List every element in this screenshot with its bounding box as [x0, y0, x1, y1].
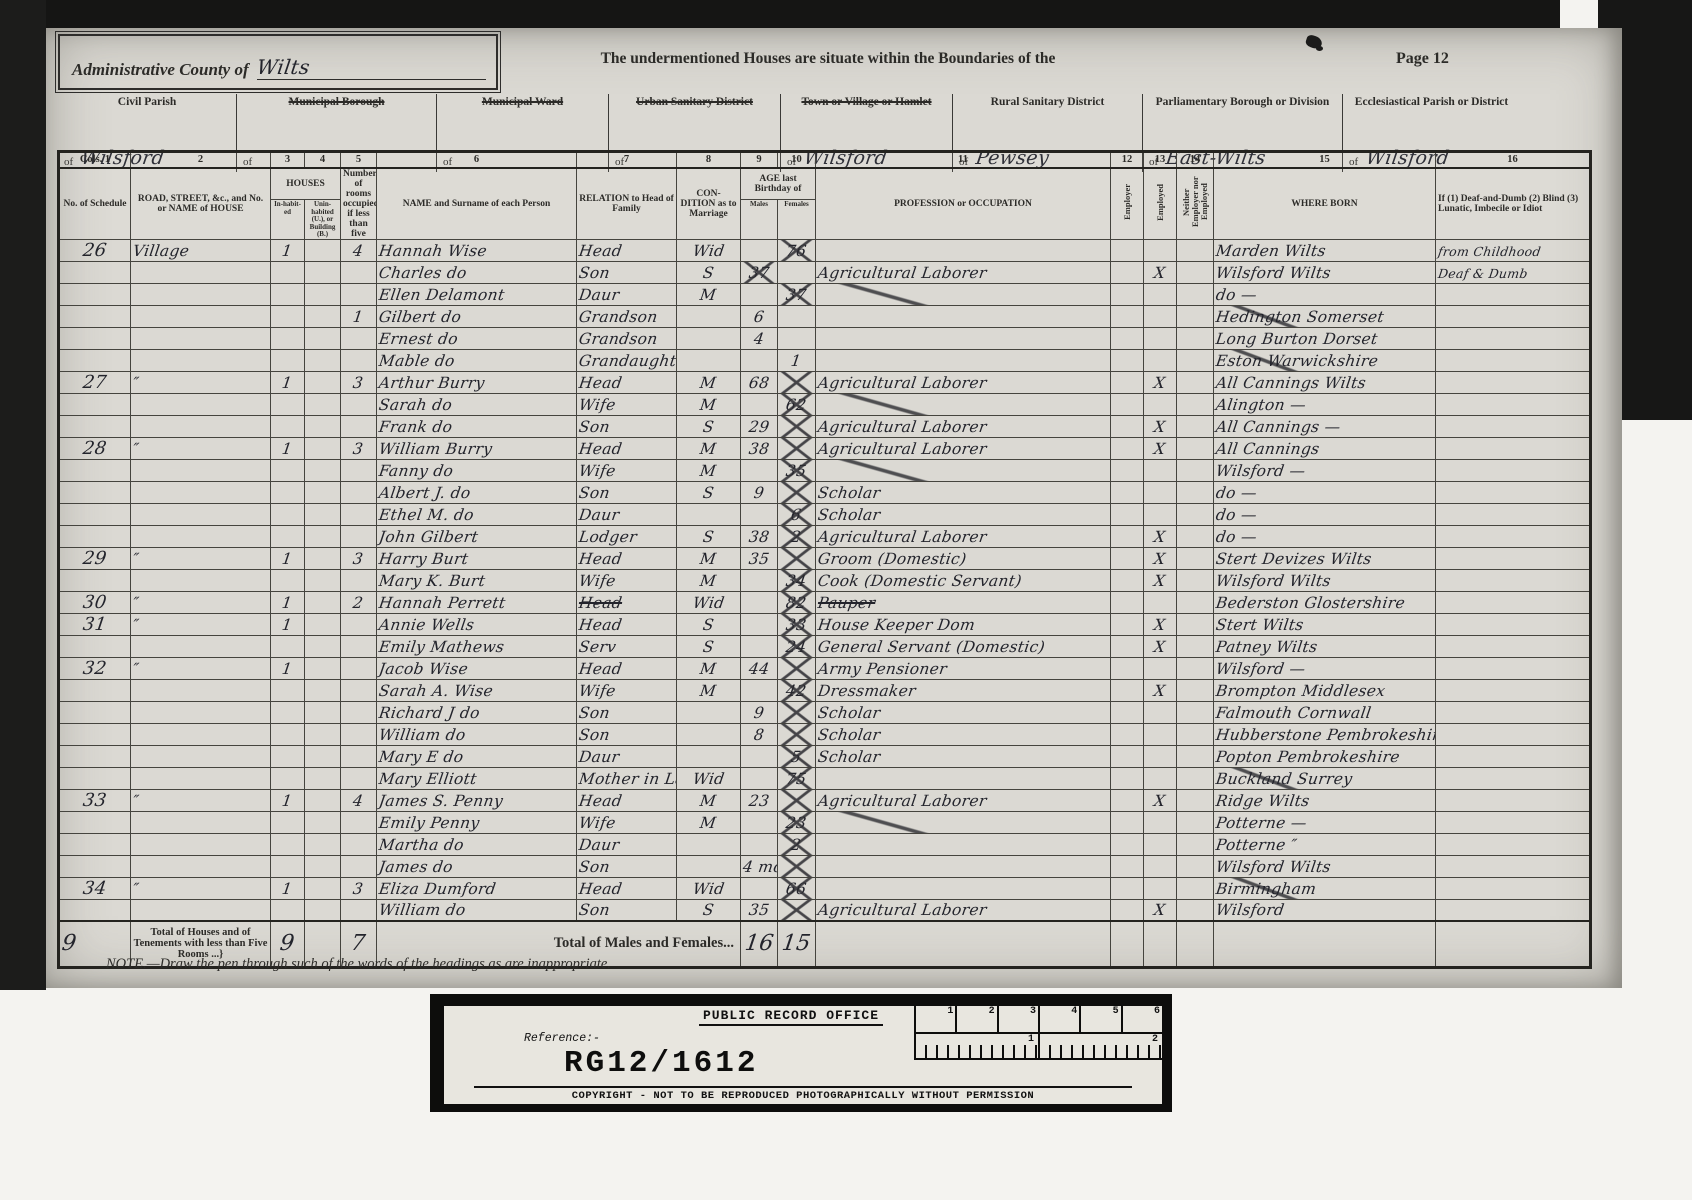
cell-rel: Son — [577, 899, 677, 921]
cell-occ: Groom (Domestic) — [816, 547, 1111, 569]
cell-nei — [1177, 723, 1214, 745]
cell-empd — [1144, 481, 1177, 503]
cell-born: Alington — — [1214, 393, 1436, 415]
cell-born: do — — [1214, 525, 1436, 547]
cell-road: ″ — [131, 437, 271, 459]
cell-rel: Mother in Law. — [577, 767, 677, 789]
cell-name: Gilbert do — [377, 305, 577, 327]
cell-nei — [1177, 547, 1214, 569]
cell-empd: X — [1144, 899, 1177, 921]
table-row: Mary K. BurtWifeM34Cook (Domestic Servan… — [59, 569, 1591, 591]
cell-empd: X — [1144, 371, 1177, 393]
cell-occ — [816, 239, 1111, 261]
cell-cond — [677, 745, 741, 767]
cell-inf — [1436, 437, 1591, 459]
column-number: 14 — [1177, 152, 1214, 168]
cell-name: Frank do — [377, 415, 577, 437]
district-label: Parliamentary Borough or Division — [1149, 96, 1336, 109]
cell-road — [131, 327, 271, 349]
cell-rooms — [341, 833, 377, 855]
cell-s — [59, 525, 131, 547]
cell-af — [778, 415, 816, 437]
cell-rooms: 2 — [341, 591, 377, 613]
cell-af — [778, 547, 816, 569]
cell-occ: Scholar — [816, 503, 1111, 525]
cell-road — [131, 899, 271, 921]
cell-cond: M — [677, 393, 741, 415]
cell-name: Emily Mathews — [377, 635, 577, 657]
cell-nei — [1177, 613, 1214, 635]
cell-occ — [816, 305, 1111, 327]
col-females: Females — [778, 200, 816, 240]
cell-inh — [271, 569, 305, 591]
cell-cond: S — [677, 481, 741, 503]
cell-occ: House Keeper Dom — [816, 613, 1111, 635]
footer-note: NOTE.—Draw the pen through such of the w… — [106, 956, 611, 973]
cell-inh — [271, 811, 305, 833]
cell-rooms — [341, 327, 377, 349]
cell-name: Richard J do — [377, 701, 577, 723]
cell-nei — [1177, 701, 1214, 723]
district-label: Urban Sanitary District — [615, 96, 774, 109]
cell-name: Ethel M. do — [377, 503, 577, 525]
cell-occ — [816, 327, 1111, 349]
table-row: Richard J doSon9ScholarFalmouth Cornwall — [59, 701, 1591, 723]
cell-af — [778, 789, 816, 811]
cell-occ: Pauper — [816, 591, 1111, 613]
ink-blot — [1316, 46, 1323, 51]
cell-cond — [677, 833, 741, 855]
cell-rel: Wife — [577, 459, 677, 481]
cell-inh — [271, 415, 305, 437]
cell-uninh — [305, 305, 341, 327]
cell-road — [131, 283, 271, 305]
cell-cond: S — [677, 525, 741, 547]
cell-emp — [1111, 459, 1144, 481]
cell-af: 33 — [778, 613, 816, 635]
cell-name: Ernest do — [377, 327, 577, 349]
cell-born: Popton Pembrokeshire — [1214, 745, 1436, 767]
cell-s: 28 — [59, 437, 131, 459]
cell-emp — [1111, 833, 1144, 855]
cell-nei — [1177, 261, 1214, 283]
col-neither: Neither Employer nor Employed — [1177, 168, 1214, 240]
cell-cond: M — [677, 811, 741, 833]
cell-nei — [1177, 679, 1214, 701]
cell-inh — [271, 833, 305, 855]
cell-nei — [1177, 459, 1214, 481]
cell-uninh — [305, 613, 341, 635]
cell-rel: Head — [577, 547, 677, 569]
cell-uninh — [305, 525, 341, 547]
cell-uninh — [305, 855, 341, 877]
cell-am: 35 — [741, 547, 778, 569]
cell-name: Harry Burt — [377, 547, 577, 569]
cell-inh — [271, 723, 305, 745]
cell-rel: Grandson — [577, 305, 677, 327]
district-label: Ecclesiastical Parish or District — [1349, 96, 1514, 109]
cell-am: 44 — [741, 657, 778, 679]
cell-empd: X — [1144, 261, 1177, 283]
table-row: Charles doSonS37Agricultural LaborerXWil… — [59, 261, 1591, 283]
cell-emp — [1111, 239, 1144, 261]
cell-rooms — [341, 503, 377, 525]
cell-nei — [1177, 833, 1214, 855]
cell-inh: 1 — [271, 437, 305, 459]
cell-inf — [1436, 525, 1591, 547]
cell-am: 9 — [741, 481, 778, 503]
cell-occ: Scholar — [816, 745, 1111, 767]
cell-cond: M — [677, 459, 741, 481]
cell-cond: Wid — [677, 767, 741, 789]
district-label: Municipal Ward — [443, 96, 602, 109]
cell-nei — [1177, 635, 1214, 657]
cell-emp — [1111, 547, 1144, 569]
cell-nei — [1177, 899, 1214, 921]
cell-empd — [1144, 305, 1177, 327]
cell-inh — [271, 679, 305, 701]
cell-road — [131, 833, 271, 855]
cell-empd — [1144, 855, 1177, 877]
cell-name: Mary Elliott — [377, 767, 577, 789]
cell-rooms — [341, 657, 377, 679]
cell-s — [59, 679, 131, 701]
cell-empd — [1144, 657, 1177, 679]
cell-inh: 1 — [271, 591, 305, 613]
cell-uninh — [305, 283, 341, 305]
ruler-mark: 5 — [1079, 1006, 1120, 1032]
column-number: 3 — [271, 152, 305, 168]
cell-road — [131, 767, 271, 789]
cell-af: 82 — [778, 591, 816, 613]
cell-am — [741, 635, 778, 657]
cell-road: ″ — [131, 613, 271, 635]
cell-inf — [1436, 327, 1591, 349]
cell-uninh — [305, 569, 341, 591]
cell-inh — [271, 393, 305, 415]
situate-text: The undermentioned Houses are situate wi… — [548, 50, 1108, 68]
cell-born: Hubberstone Pembrokeshire — [1214, 723, 1436, 745]
cell-rel: Lodger — [577, 525, 677, 547]
cell-emp — [1111, 899, 1144, 921]
cell-s — [59, 459, 131, 481]
cell-name: Mary K. Burt — [377, 569, 577, 591]
scan-edge-top — [0, 0, 1560, 30]
pro-office-title: PUBLIC RECORD OFFICE — [699, 1008, 883, 1026]
cell-am — [741, 877, 778, 899]
cell-af — [778, 305, 816, 327]
col-occupation: PROFESSION or OCCUPATION — [816, 168, 1111, 240]
cell-nei — [1177, 371, 1214, 393]
cell-inh — [271, 481, 305, 503]
ruler-mark: 1 — [916, 1034, 1038, 1058]
cell-name: Mary E do — [377, 745, 577, 767]
table-row: Mable doGrandaughter1Eston Warwickshire — [59, 349, 1591, 371]
cell-nei — [1177, 393, 1214, 415]
district-label: Municipal Borough — [243, 96, 430, 109]
cell-s: 30 — [59, 591, 131, 613]
cell-name: Martha do — [377, 833, 577, 855]
cell-af: 1 — [778, 349, 816, 371]
cell-af — [778, 899, 816, 921]
cell-nei — [1177, 789, 1214, 811]
cell-rel: Daur — [577, 283, 677, 305]
cell-nei — [1177, 811, 1214, 833]
cell-uninh — [305, 789, 341, 811]
cell-empd — [1144, 701, 1177, 723]
cell-emp — [1111, 525, 1144, 547]
col-age: AGE last Birthday of — [741, 168, 816, 200]
district-label: Town or Village or Hamlet — [787, 96, 946, 109]
cell-name: William do — [377, 723, 577, 745]
cell-empd — [1144, 239, 1177, 261]
cell-rel: Daur — [577, 745, 677, 767]
cell-inf — [1436, 591, 1591, 613]
cell-occ: Agricultural Laborer — [816, 525, 1111, 547]
col-rooms: Number of rooms occupied if less than fi… — [341, 168, 377, 240]
cell-rooms — [341, 767, 377, 789]
cell-road — [131, 459, 271, 481]
cell-emp — [1111, 393, 1144, 415]
cell-road: ″ — [131, 371, 271, 393]
cell-occ: Agricultural Laborer — [816, 899, 1111, 921]
table-row: Sarah A. WiseWifeM42DressmakerXBrompton … — [59, 679, 1591, 701]
cell-nei — [1177, 415, 1214, 437]
cell-emp — [1111, 789, 1144, 811]
cell-occ — [816, 855, 1111, 877]
col-employed: Employed — [1144, 168, 1177, 240]
cell-empd — [1144, 349, 1177, 371]
cell-nei — [1177, 305, 1214, 327]
cell-rooms: 4 — [341, 789, 377, 811]
cell-rooms — [341, 679, 377, 701]
cell-am: 4 — [741, 327, 778, 349]
cell-name: Hannah Perrett — [377, 591, 577, 613]
cell-inf — [1436, 459, 1591, 481]
cell-inh — [271, 503, 305, 525]
cell-inh — [271, 767, 305, 789]
cell-name: Arthur Burry — [377, 371, 577, 393]
cell-am — [741, 239, 778, 261]
table-row: Martha doDaur2Potterne ″ — [59, 833, 1591, 855]
cell-road — [131, 305, 271, 327]
col-schedule: No. of Schedule — [59, 168, 131, 240]
cell-inf — [1436, 503, 1591, 525]
cell-cond: Wid — [677, 591, 741, 613]
cell-occ: Agricultural Laborer — [816, 261, 1111, 283]
col-relation: RELATION to Head of Family — [577, 168, 677, 240]
cell-s — [59, 261, 131, 283]
cell-name: Eliza Dumford — [377, 877, 577, 899]
cell-inh — [271, 745, 305, 767]
cell-born: Wilsford Wilts — [1214, 261, 1436, 283]
cell-rooms — [341, 723, 377, 745]
cell-inf — [1436, 547, 1591, 569]
cell-rel: Serv — [577, 635, 677, 657]
cell-empd: X — [1144, 679, 1177, 701]
cell-empd: X — [1144, 569, 1177, 591]
cell-nei — [1177, 767, 1214, 789]
cell-occ: General Servant (Domestic) — [816, 635, 1111, 657]
cell-am — [741, 569, 778, 591]
col-condition: CON- DITION as to Marriage — [677, 168, 741, 240]
cell-emp — [1111, 767, 1144, 789]
table-row: 30″12Hannah PerrettHeadWid82PauperBeders… — [59, 591, 1591, 613]
col-employer: Employer — [1111, 168, 1144, 240]
cell-rooms: 1 — [341, 305, 377, 327]
cell-s: 33 — [59, 789, 131, 811]
cell-occ: Agricultural Laborer — [816, 437, 1111, 459]
ruler-bottom-scale: 12 — [914, 1034, 1164, 1060]
cell-rel: Head — [577, 613, 677, 635]
cell-uninh — [305, 459, 341, 481]
cell-emp — [1111, 855, 1144, 877]
cell-emp — [1111, 437, 1144, 459]
cell-rel: Head — [577, 591, 677, 613]
table-row: Emily PennyWifeM23Potterne — — [59, 811, 1591, 833]
cell-inf — [1436, 701, 1591, 723]
census-page: Administrative County of Wilts The under… — [46, 28, 1622, 988]
cell-am — [741, 349, 778, 371]
cell-s — [59, 701, 131, 723]
cell-emp — [1111, 657, 1144, 679]
cell-inf — [1436, 723, 1591, 745]
cell-name: Albert J. do — [377, 481, 577, 503]
cell-nei — [1177, 327, 1214, 349]
cell-inh: 1 — [271, 613, 305, 635]
cell-uninh — [305, 679, 341, 701]
cell-born: Hedington Somerset — [1214, 305, 1436, 327]
cell-s: 26 — [59, 239, 131, 261]
cell-born: Wilsford Wilts — [1214, 569, 1436, 591]
cell-cond: M — [677, 657, 741, 679]
ruler-mark: 2 — [1038, 1034, 1162, 1058]
cell-emp — [1111, 613, 1144, 635]
table-row: John GilbertLodgerS382Agricultural Labor… — [59, 525, 1591, 547]
cell-inf — [1436, 305, 1591, 327]
table-row: 27″13Arthur BurryHeadM68Agricultural Lab… — [59, 371, 1591, 393]
column-number: 10 — [778, 152, 816, 168]
cell-inh — [271, 899, 305, 921]
cell-born: All Cannings — — [1214, 415, 1436, 437]
cell-am — [741, 613, 778, 635]
cell-road: ″ — [131, 591, 271, 613]
cell-uninh — [305, 415, 341, 437]
cell-rel: Daur — [577, 503, 677, 525]
cell-inf — [1436, 371, 1591, 393]
cell-rel: Head — [577, 877, 677, 899]
cell-rel: Head — [577, 239, 677, 261]
cell-am — [741, 503, 778, 525]
cell-name: Annie Wells — [377, 613, 577, 635]
cell-nei — [1177, 481, 1214, 503]
cell-am — [741, 811, 778, 833]
cell-af: 35 — [778, 459, 816, 481]
cell-emp — [1111, 261, 1144, 283]
cell-born: All Cannings Wilts — [1214, 371, 1436, 393]
cell-rooms — [341, 745, 377, 767]
cell-name: Emily Penny — [377, 811, 577, 833]
census-table: Cols. 12345678910111213141516 No. of Sch… — [57, 150, 1592, 969]
cell-s: 27 — [59, 371, 131, 393]
cell-nei — [1177, 591, 1214, 613]
cell-born: Brompton Middlesex — [1214, 679, 1436, 701]
cell-inh — [271, 635, 305, 657]
cell-rel: Son — [577, 481, 677, 503]
page-number: Page 12 — [1396, 50, 1449, 68]
cell-emp — [1111, 305, 1144, 327]
cell-emp — [1111, 503, 1144, 525]
cell-empd — [1144, 591, 1177, 613]
cell-s — [59, 415, 131, 437]
cell-born: do — — [1214, 481, 1436, 503]
cell-born: Potterne ″ — [1214, 833, 1436, 855]
cell-s — [59, 745, 131, 767]
cell-empd: X — [1144, 635, 1177, 657]
cell-name: John Gilbert — [377, 525, 577, 547]
table-row: 34″13Eliza DumfordHeadWid66Birmingham — [59, 877, 1591, 899]
cell-occ: Scholar — [816, 701, 1111, 723]
cell-emp — [1111, 635, 1144, 657]
cell-uninh — [305, 371, 341, 393]
cell-name: James do — [377, 855, 577, 877]
cell-am: 35 — [741, 899, 778, 921]
cell-inh: 1 — [271, 877, 305, 899]
cell-occ: Agricultural Laborer — [816, 789, 1111, 811]
cell-af: 24 — [778, 635, 816, 657]
col-males: Males — [741, 200, 778, 240]
cell-af: 75 — [778, 767, 816, 789]
cell-born: do — — [1214, 503, 1436, 525]
cell-inf: from Childhood — [1436, 239, 1591, 261]
administrative-county-label: Administrative County of — [72, 60, 249, 80]
cell-inf — [1436, 349, 1591, 371]
cell-cond — [677, 349, 741, 371]
cell-name: William do — [377, 899, 577, 921]
cell-rel: Son — [577, 701, 677, 723]
cell-rooms — [341, 415, 377, 437]
cell-am — [741, 591, 778, 613]
cell-emp — [1111, 415, 1144, 437]
cell-born: Wilsford — [1214, 899, 1436, 921]
cell-cond: M — [677, 679, 741, 701]
cell-rel: Head — [577, 657, 677, 679]
cell-road — [131, 481, 271, 503]
cell-emp — [1111, 591, 1144, 613]
cell-cond: S — [677, 899, 741, 921]
cell-road — [131, 525, 271, 547]
cell-emp — [1111, 481, 1144, 503]
cell-nei — [1177, 437, 1214, 459]
cell-am: 37 — [741, 261, 778, 283]
cell-nei — [1177, 569, 1214, 591]
table-row: Ellen DelamontDaurM37do — — [59, 283, 1591, 305]
table-row: 26Village14Hannah WiseHeadWid76Marden Wi… — [59, 239, 1591, 261]
table-row: Albert J. doSonS9Scholardo — — [59, 481, 1591, 503]
cell-road — [131, 349, 271, 371]
cell-born: Wilsford — — [1214, 657, 1436, 679]
cell-inf — [1436, 767, 1591, 789]
cell-rel: Son — [577, 261, 677, 283]
cell-uninh — [305, 481, 341, 503]
cell-occ: Agricultural Laborer — [816, 371, 1111, 393]
cell-uninh — [305, 349, 341, 371]
cell-s — [59, 349, 131, 371]
cell-rel: Grandaughter — [577, 349, 677, 371]
cell-inf — [1436, 657, 1591, 679]
col-inhabited: In-habit-ed — [271, 200, 305, 240]
col-houses: HOUSES — [271, 168, 341, 200]
